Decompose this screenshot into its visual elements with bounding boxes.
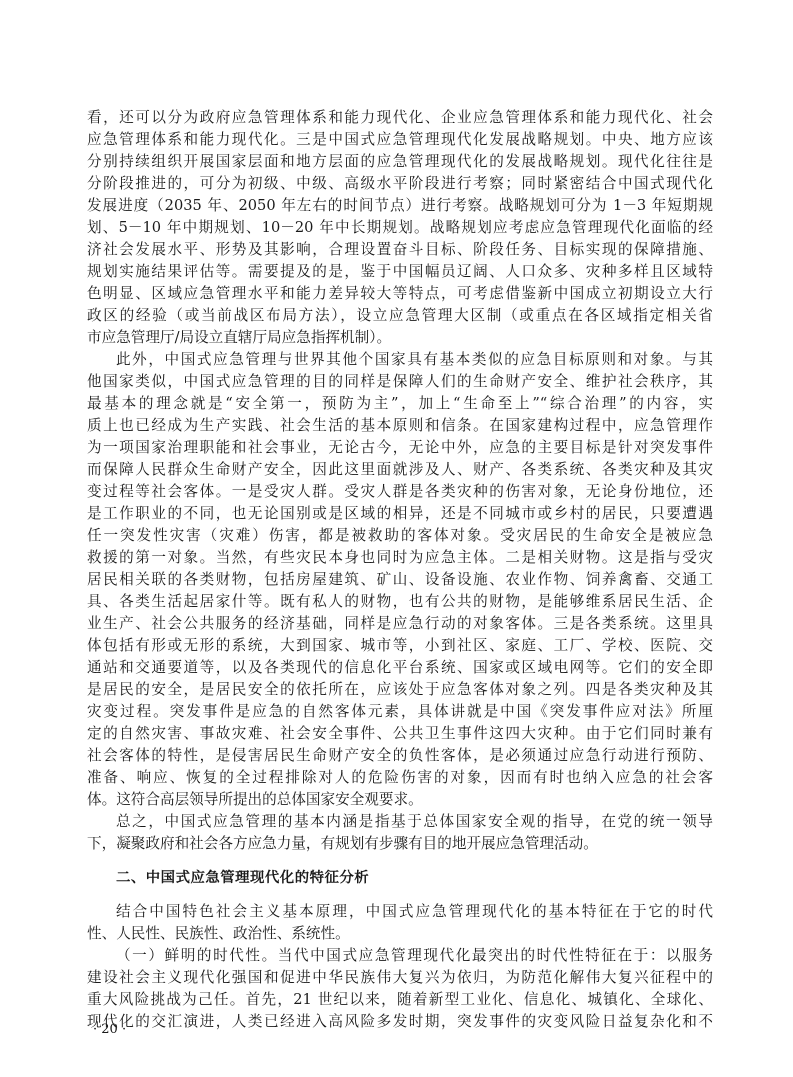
text-line: 准备、响应、恢复的全过程排除对人的危险伤害的对象，因而有时也纳入应急的社会客 xyxy=(87,767,713,789)
text-line: 政区的经验（或当前战区布局方法），设立应急管理大区制（或重点在各区域指定相关省 xyxy=(87,305,713,327)
text-line: 质上也已经成为生产实践、社会生活的基本原则和信条。在国家建构过程中，应急管理作 xyxy=(87,415,713,437)
text-line: 分阶段推进的，可分为初级、中级、高级水平阶段进行考察；同时紧密结合中国式现代化 xyxy=(87,173,713,195)
text-line: 是工作职业的不同，也无论国别或是区域的相异，还是不同城市或乡村的居民，只要遭遇 xyxy=(87,503,713,525)
text-line: 分别持续组织开展国家层面和地方层面的应急管理现代化的发展战略规划。现代化往往是 xyxy=(87,151,713,173)
text-line: 变过程等社会客体。一是受灾人群。受灾人群是各类灾种的伤害对象，无论身份地位，还 xyxy=(87,481,713,503)
text-line: 社会客体的特性，是侵害居民生命财产安全的负性客体，是必须通过应急行动进行预防、 xyxy=(87,745,713,767)
text-line: 通站和交通要道等，以及各类现代的信息化平台系统、国家或区域电网等。它们的安全即 xyxy=(87,657,713,679)
text-line: 居民相关联的各类财物，包括房屋建筑、矿山、设备设施、农业作物、饲养禽畜、交通工 xyxy=(87,569,713,591)
text-line: 具、各类生活起居家什等。既有私人的财物，也有公共的财物，是能够维系居民生活、企 xyxy=(87,591,713,613)
text-line: 总之，中国式应急管理的基本内涵是指基于总体国家安全观的指导，在党的统一领导 xyxy=(116,811,713,833)
text-line: 划、5－10 年中期规划、10－20 年中长期规划。战略规划应考虑应急管理现代化… xyxy=(87,217,713,239)
text-line: 现代化的交汇演进，人类已经进入高风险多发时期，突发事件的灾变风险日益复杂化和不 xyxy=(87,1011,713,1033)
text-line: 重大风险挑战为己任。首先，21 世纪以来，随着新型工业化、信息化、城镇化、全球化… xyxy=(87,989,713,1011)
text-line: 灾变过程。突发事件是应急的自然客体元素，具体讲就是中国《突发事件应对法》所厘 xyxy=(87,701,713,723)
text-line: 结合中国特色社会主义基本原理，中国式应急管理现代化的基本特征在于它的时代 xyxy=(116,901,713,923)
text-line: 他国家类似，中国式应急管理的目的同样是保障人们的生命财产安全、维护社会秩序，其 xyxy=(87,371,713,393)
text-line: 体。这符合高层领导所提出的总体国家安全观要求。 xyxy=(87,789,713,811)
text-line: 性、人民性、民族性、政治性、系统性。 xyxy=(87,923,713,945)
text-line: 此外，中国式应急管理与世界其他个国家具有基本类似的应急目标原则和对象。与其 xyxy=(116,349,713,371)
section-heading: 二、中国式应急管理现代化的特征分析 xyxy=(116,867,369,889)
text-line: 体包括有形或无形的系统，大到国家、城市等，小到社区、家庭、工厂、学校、医院、交 xyxy=(87,635,713,657)
page-number: · 20 · xyxy=(93,1020,126,1040)
text-line: 建设社会主义现代化强国和促进中华民族伟大复兴为依归，为防范化解伟大复兴征程中的 xyxy=(87,967,713,989)
text-line: 任一突发性灾害（灾难）伤害，都是被救助的客体对象。受灾居民的生命安全是被应急 xyxy=(87,525,713,547)
text-line: 定的自然灾害、事故灾难、社会安全事件、公共卫生事件这四大灾种。由于它们同时兼有 xyxy=(87,723,713,745)
text-line: 是居民的安全，是居民安全的依托所在，应该处于应急客体对象之列。四是各类灾种及其 xyxy=(87,679,713,701)
text-line: 下，凝聚政府和社会各方应急力量，有规划有步骤有目的地开展应急管理活动。 xyxy=(87,833,713,855)
text-line: 而保障人民群众生命财产安全，因此这里面就涉及人、财产、各类系统、各类灾种及其灾 xyxy=(87,459,713,481)
text-line: 最基本的理念就是“安全第一，预防为主”，加上“生命至上”“综合治理”的内容，实 xyxy=(87,393,713,415)
text-line: 业生产、社会公共服务的经济基础，同样是应急行动的对象客体。三是各类系统。这里具 xyxy=(87,613,713,635)
text-line: 市应急管理厅/局设立直辖厅局应急指挥机制）。 xyxy=(87,327,713,349)
text-line: 应急管理体系和能力现代化。三是中国式应急管理现代化发展战略规划。中央、地方应该 xyxy=(87,129,713,151)
text-line: 救援的第一对象。当然，有些灾民本身也同时为应急主体。二是相关财物。这是指与受灾 xyxy=(87,547,713,569)
text-line: 济社会发展水平、形势及其影响，合理设置奋斗目标、阶段任务、目标实现的保障措施、 xyxy=(87,239,713,261)
text-line: 规划实施结果评估等。需要提及的是，鉴于中国幅员辽阔、人口众多、灾种多样且区域特 xyxy=(87,261,713,283)
text-line: 发展进度（2035 年、2050 年左右的时间节点）进行考察。战略规划可分为 1… xyxy=(87,195,713,217)
text-line: 色明显、区域应急管理水平和能力差异较大等特点，可考虑借鉴新中国成立初期设立大行 xyxy=(87,283,713,305)
text-line: 看，还可以分为政府应急管理体系和能力现代化、企业应急管理体系和能力现代化、社会 xyxy=(87,107,713,129)
text-line: （一）鲜明的时代性。当代中国式应急管理现代化最突出的时代性特征在于：以服务 xyxy=(116,945,713,967)
text-line: 为一项国家治理职能和社会事业，无论古今，无论中外，应急的主要目标是针对突发事件 xyxy=(87,437,713,459)
document-page: 看，还可以分为政府应急管理体系和能力现代化、企业应急管理体系和能力现代化、社会 … xyxy=(0,0,793,1077)
